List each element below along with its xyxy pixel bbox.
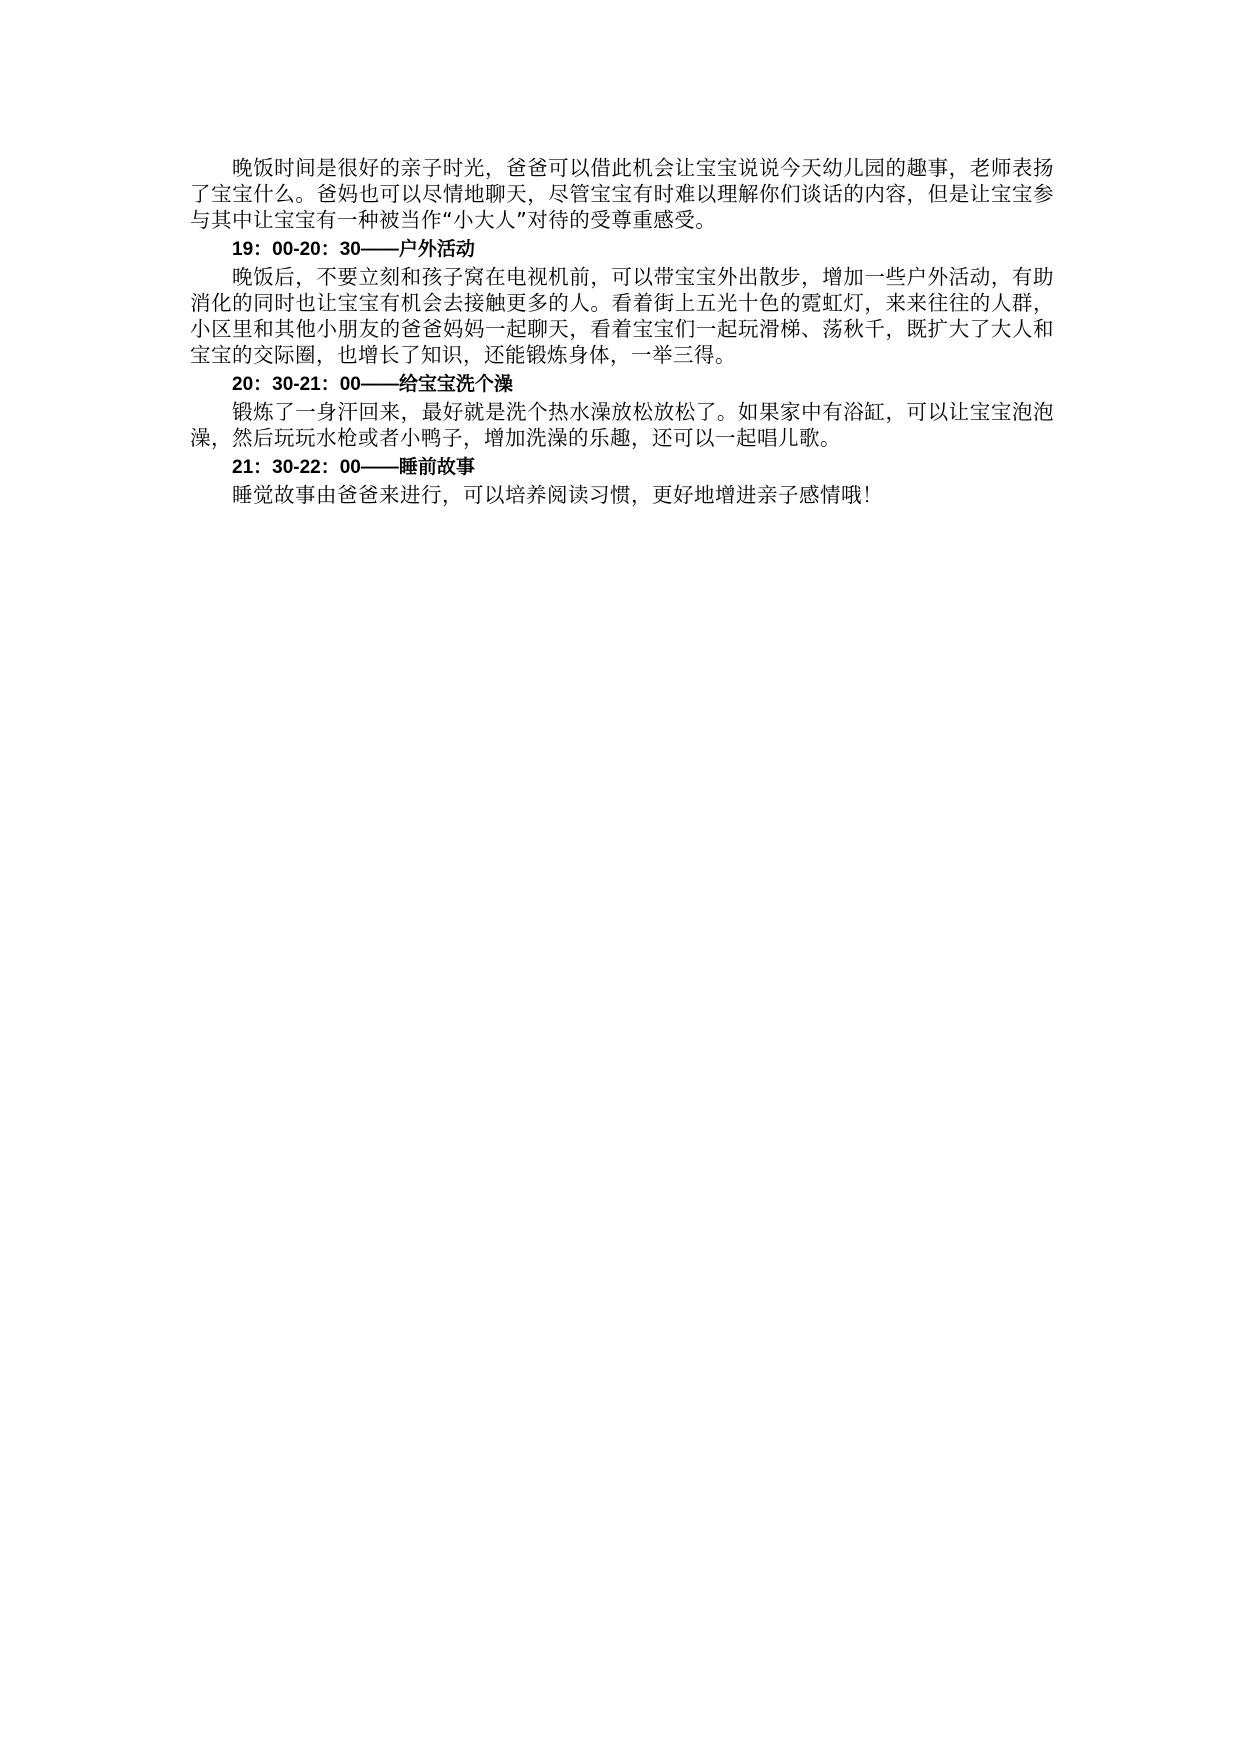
heading-title: 给宝宝洗个澡 <box>399 373 513 395</box>
heading-title: 睡前故事 <box>399 456 475 478</box>
heading-time: 20：30-21：00 <box>232 374 361 395</box>
paragraph-outdoor-activity: 晚饭后，不要立刻和孩子窝在电视机前，可以带宝宝外出散步，增加一些户外活动，有助消… <box>190 264 1054 368</box>
heading-time: 19：00-20：30 <box>232 239 361 260</box>
heading-dash: —— <box>361 457 399 478</box>
heading-title: 户外活动 <box>399 238 475 260</box>
paragraph-bedtime-story: 睡觉故事由爸爸来进行，可以培养阅读习惯，更好地增进亲子感情哦！ <box>190 482 1054 508</box>
heading-dash: —— <box>361 374 399 395</box>
section-heading-bath-time: 20：30-21：00——给宝宝洗个澡 <box>190 371 1054 398</box>
paragraph-bath-time: 锻炼了一身汗回来，最好就是洗个热水澡放松放松了。如果家中有浴缸，可以让宝宝泡泡澡… <box>190 399 1054 451</box>
heading-dash: —— <box>361 239 399 260</box>
paragraph-dinner-time: 晚饭时间是很好的亲子时光，爸爸可以借此机会让宝宝说说今天幼儿园的趣事，老师表扬了… <box>190 155 1054 233</box>
section-heading-bedtime-story: 21：30-22：00——睡前故事 <box>190 454 1054 481</box>
document-page: 晚饭时间是很好的亲子时光，爸爸可以借此机会让宝宝说说今天幼儿园的趣事，老师表扬了… <box>190 155 1054 508</box>
heading-time: 21：30-22：00 <box>232 457 361 478</box>
section-heading-outdoor-activity: 19：00-20：30——户外活动 <box>190 236 1054 263</box>
